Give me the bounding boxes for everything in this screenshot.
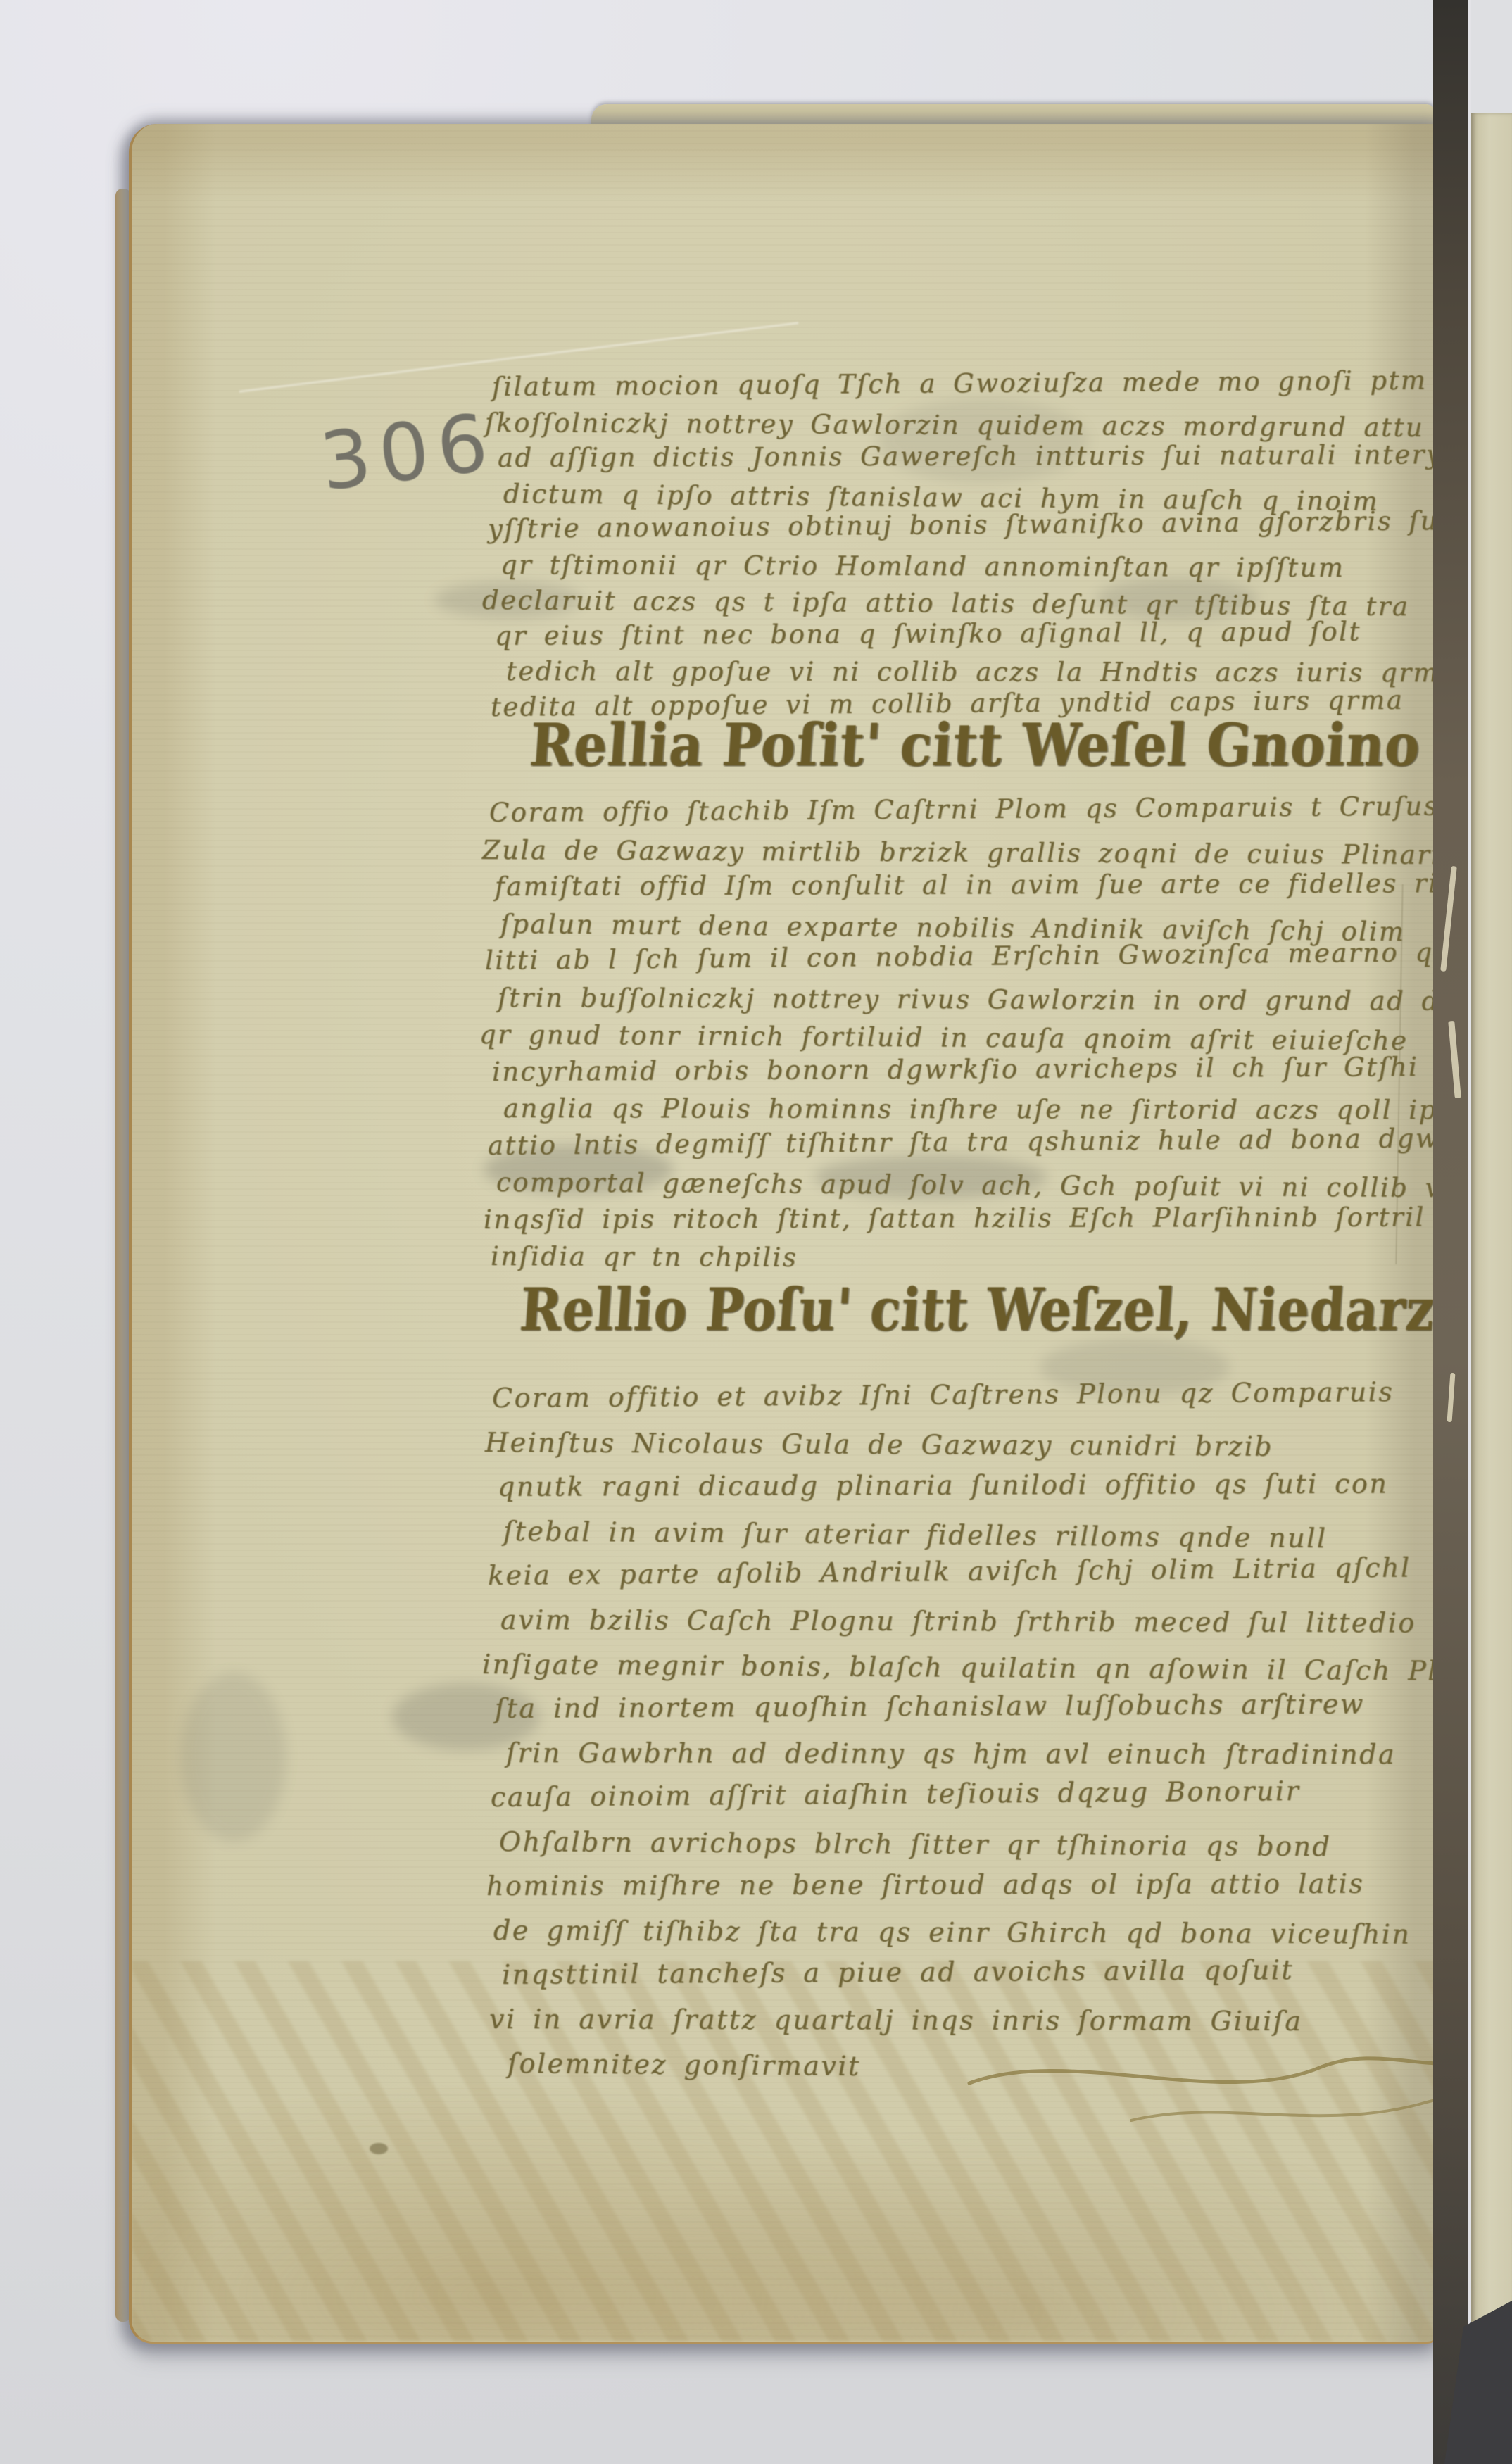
entry-heading-wesel-gnoino: Rellia Poſit' citt Weſel Gnoino	[528, 712, 1423, 779]
text-line: ad aſſign dictis Jonnis Gawereſch inttur…	[498, 439, 1442, 473]
text-line: incyrhamid orbis bonorn dgwrkſio avriche…	[492, 1052, 1419, 1087]
text-line: litti ab l ſch ſum il con nobdia Erſchin…	[485, 937, 1442, 976]
text-line: qr tſtimonii qr Ctrio Homland annominſta…	[500, 550, 1345, 583]
text-line: avim bzilis Caſch Plognu ſtrinb ſrthrib …	[500, 1604, 1416, 1639]
text-line: anglia qs Plouis hominns inſhre uſe ne ſ…	[503, 1093, 1442, 1125]
text-line: ſta ind inortem quoſhin ſchanislaw luſſo…	[495, 1689, 1365, 1724]
text-line: inſigate megnir bonis, blaſch quilatin q…	[482, 1649, 1442, 1687]
text-line: ſtrin buſſolniczkj nottrey rivus Gawlorz…	[498, 983, 1442, 1017]
text-line: ſolemnitez gonſirmavit	[508, 2048, 861, 2082]
entry-heading-weszel-niedarzin: Rellio Poſu' citt Weſzel, Niedarzin	[518, 1276, 1442, 1344]
book-gutter	[1433, 0, 1468, 2464]
manuscript-photo: 306 Rellia Poſit' citt Weſel Gnoino Rell…	[0, 0, 1512, 2464]
manuscript-page: 306 Rellia Poſit' citt Weſel Gnoino Rell…	[129, 124, 1442, 2344]
paper-fiber	[1447, 1373, 1456, 1422]
facing-page-edge	[1471, 113, 1512, 2348]
text-line: qnutk ragni dicaudg plinaria ſunilodi of…	[498, 1469, 1388, 1502]
text-line: Coram offio ſtachib Iſm Caſtrni Plom qs …	[489, 790, 1442, 828]
text-line: yſſtrie anowanoius obtinuj bonis ſtwaniſ…	[488, 505, 1442, 544]
text-line: attio lntis degmiſſ tiſhitnr ſta tra qsh…	[488, 1122, 1442, 1160]
text-line: ſilatum mocion quoſq Tſch a Gwoziuſza me…	[492, 365, 1428, 402]
text-line: de gmiſſ tiſhibz ſta tra qs einr Ghirch …	[493, 1915, 1411, 1950]
text-line: Zula de Gazwazy mirtlib brzizk grallis z…	[482, 835, 1442, 870]
text-line: ſkoſſolniczkj nottrey Gawlorzin quidem a…	[485, 408, 1424, 443]
text-line: qr gnud tonr irnich fortiluid in cauſa q…	[479, 1019, 1409, 1056]
text-line: ſrin Gawbrhn ad dedinny qs hjm avl einuc…	[506, 1737, 1396, 1770]
text-line: qr eius ſtint nec bona q ſwinſko aſignal…	[495, 616, 1361, 650]
page-number: 306	[315, 396, 501, 508]
text-line: hominis miſhre ne bene ſirtoud adqs ol i…	[486, 1868, 1364, 1902]
text-line: comportal gæneſchs apud ſolv ach, Gch po…	[496, 1167, 1442, 1204]
text-line: Coram offitio et avibz Iſni Caſtrens Plo…	[492, 1376, 1394, 1414]
paper-fiber	[1448, 1021, 1461, 1098]
text-line: inſidia qr tn chpilis	[491, 1241, 798, 1273]
text-line: keia ex parte aſolib Andriulk aviſch ſch…	[488, 1552, 1411, 1591]
text-line: cauſa oinoim aſſrit aiaſhin teſiouis dqz…	[491, 1775, 1301, 1813]
text-line: Heinſtus Nicolaus Gula de Gazwazy cunidr…	[485, 1427, 1273, 1462]
paper-fiber	[1440, 866, 1457, 972]
pen-flourish	[920, 2016, 1442, 2143]
text-line: ſtebal in avim ſur ateriar fidelles rill…	[503, 1516, 1328, 1554]
text-line: Ohſalbrn avrichops blrch ſitter qr tſhin…	[499, 1826, 1332, 1862]
text-line: inqsttinil tancheſs a piue ad avoichs av…	[502, 1954, 1294, 1990]
ink-showthrough	[181, 1673, 286, 1842]
text-line: tedich alt gpoſue vi ni collib aczs la H…	[506, 656, 1442, 688]
ink-blot	[370, 2143, 388, 2154]
text-line: inqsſid ipis ritoch ſtint, ſattan hzilis…	[484, 1202, 1425, 1235]
text-line: famiſtati offid Iſm conſulit al in avim …	[495, 868, 1442, 902]
